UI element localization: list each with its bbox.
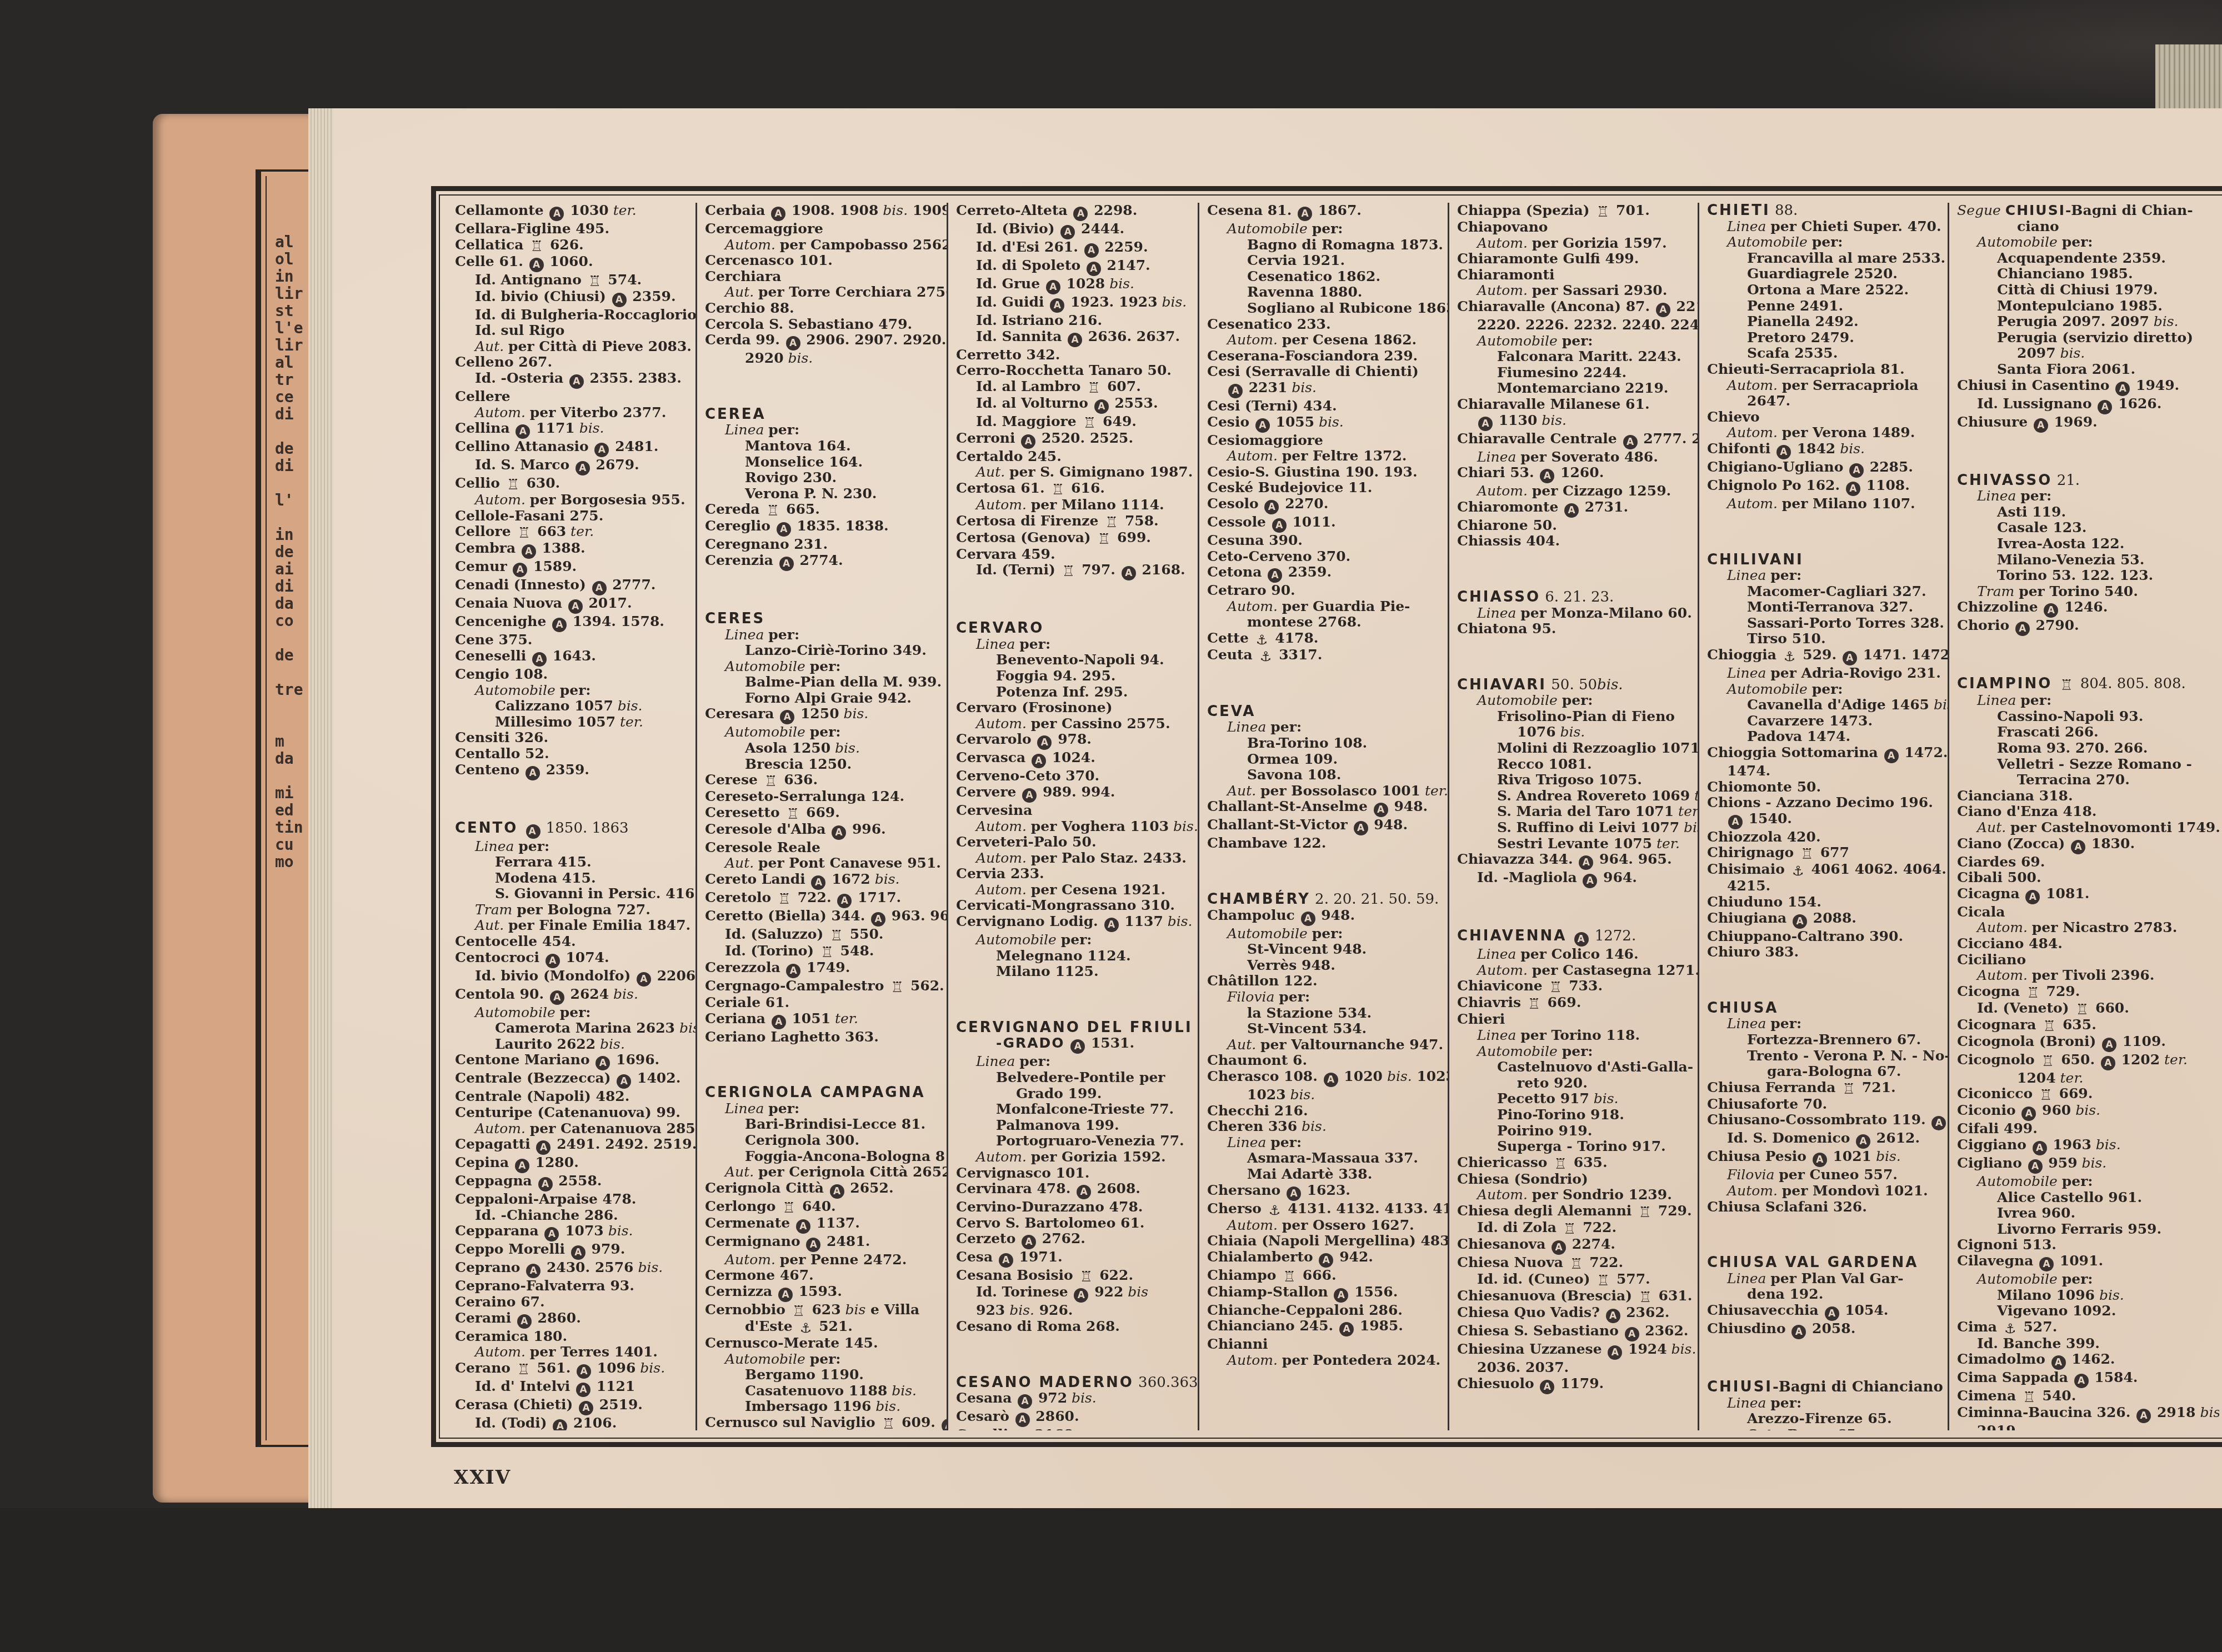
index-entry: Tirso 510. [1707, 631, 1941, 647]
index-entry: Calizzano 1057 bis. [455, 698, 689, 714]
index-entry: Cervo S. Bartolomeo 61. [956, 1215, 1191, 1232]
station-heading: CHIASSO 6. 21. 23. [1457, 589, 1691, 605]
index-entry: Ceprano A 2430. 2576 bis. [455, 1260, 689, 1278]
index-entry: Chiatona 95. [1457, 621, 1691, 637]
index-entry: Cervia 1921. [1207, 253, 1441, 269]
index-entry: Automobile per: [455, 683, 689, 699]
bus-icon: A [1094, 399, 1109, 414]
index-entry: Cima Sappada A 1584. [1957, 1370, 2213, 1388]
station-heading: CERES [705, 611, 940, 627]
index-entry: Asmara-Massaua 337. [1207, 1150, 1441, 1167]
bus-icon: A [837, 894, 852, 908]
index-entry: Id. -Chianche 286. [455, 1208, 689, 1224]
index-entry: Perugia 2097. 2097 bis. [1957, 314, 2213, 330]
index-entry: Cetraro 90. [1207, 583, 1441, 599]
bus-icon: A [1301, 912, 1315, 926]
index-entry: Aut. per Finale Emilia 1847. [455, 918, 689, 934]
index-entry: Cellamonte A 1030 ter. [455, 203, 689, 221]
index-entry: Chiarone 50. [1457, 518, 1691, 534]
bus-icon: A [1272, 518, 1287, 533]
index-entry: Linea per: [1207, 719, 1441, 735]
index-column-7: Segue CHIUSI-Bagni di Chian-cianoAutomob… [1949, 203, 2219, 1430]
tramway-icon: ♖ [792, 1304, 806, 1319]
index-page: Cellamonte A 1030 ter.Cellara-Figline 49… [333, 108, 2222, 1508]
index-entry: Chiesuolo A 1179. [1457, 1376, 1691, 1394]
tramway-icon: ♖ [785, 807, 800, 822]
bus-icon: A [595, 1056, 610, 1070]
index-entry: Chiaravalle Centrale A 2777. 2788. [1457, 431, 1691, 449]
index-entry: Città di Chiusi 1979. [1957, 282, 2213, 298]
bus-icon: A [1122, 566, 1136, 580]
bus-icon: A [1022, 788, 1037, 803]
index-entry: Torino 53. 122. 123. [1957, 568, 2213, 584]
index-entry: Sassari-Porto Torres 328. [1707, 615, 1941, 632]
index-entry: Checchi 216. [1207, 1103, 1441, 1119]
index-entry: Falconara Maritt. 2243. [1457, 349, 1691, 365]
tramway-icon: ♖ [2075, 1003, 2089, 1017]
index-entry: Chiusa Sclafani 326. [1707, 1199, 1941, 1215]
section-gap [1457, 549, 1691, 576]
bus-icon: A [1825, 1306, 1839, 1321]
index-entry: Velletri - Sezze Romano - [1957, 757, 2213, 773]
index-entry: Autom. per Catenanuova 2857 [455, 1121, 689, 1137]
bus-icon: A [1334, 1288, 1348, 1303]
bus-icon: A [1104, 918, 1119, 932]
bus-icon: A [1884, 749, 1899, 763]
bus-icon: A [1073, 207, 1088, 221]
bus-icon: A [575, 461, 590, 475]
bus-icon: A [1032, 754, 1046, 768]
tramway-icon: ♖ [777, 892, 792, 907]
index-entry: Automobile per: [455, 1005, 689, 1021]
station-heading: CIAMPINO ♖ 804. 805. 808. [1957, 676, 2213, 693]
index-entry: Monfalcone-Trieste 77. [956, 1102, 1191, 1118]
index-entry: Chiappa (Spezia) ♖ 701. [1457, 203, 1691, 219]
index-entry: Linea per: [956, 637, 1191, 653]
index-entry: gara-Bologna 67. [1707, 1064, 1941, 1080]
index-entry: Cavarzere 1473. [1707, 713, 1941, 729]
bus-icon: A [1084, 243, 1099, 258]
index-entry: Cernusco sul Naviglio ♖ 609. A 1122 [705, 1415, 940, 1430]
index-entry: Fiumesino 2244. [1457, 365, 1691, 381]
index-entry: Autom. per Viterbo 2377. [455, 405, 689, 421]
index-entry: Guardiagrele 2520. [1707, 266, 1941, 282]
index-entry: Cessole A 1011. [1207, 514, 1441, 533]
bus-icon: A [546, 954, 560, 968]
index-entry: Ciggiano A 1963 bis. [1957, 1137, 2213, 1155]
index-entry: 1474. [1707, 763, 1941, 779]
index-entry: Chiomonte 50. [1707, 779, 1941, 795]
index-entry: Milano 1096 bis. [1957, 1288, 2213, 1304]
index-entry: Id. Grue A 1028 bis. [956, 276, 1191, 294]
tramway-icon: ♖ [1050, 483, 1065, 497]
index-entry: Cesiomaggiore [1207, 433, 1441, 449]
index-entry: Tram per Bologna 727. [455, 902, 689, 918]
tramway-icon: ♖ [782, 1201, 796, 1215]
index-entry: Pino-Torino 918. [1457, 1107, 1691, 1123]
station-heading: CERVIGNANO DEL FRIULI [956, 1020, 1191, 1036]
section-gap [1707, 512, 1941, 539]
bus-icon: A [1228, 384, 1243, 398]
tramway-icon: ♖ [1596, 1274, 1610, 1288]
index-entry: Id. Banche 399. [1957, 1336, 2213, 1352]
index-entry: Automobile per: [1457, 1044, 1691, 1060]
index-entry: Chiavicone ♖ 733. [1457, 978, 1691, 995]
index-entry: Linea per: [705, 422, 940, 438]
index-entry: Belvedere-Pontile per [956, 1070, 1191, 1086]
index-entry: Chieri [1457, 1012, 1691, 1028]
index-entry: Chiapovano [1457, 219, 1691, 236]
index-entry: Chiamp-Stallon A 1556. [1207, 1284, 1441, 1303]
index-entry: Cellole-Fasani 275. [455, 508, 689, 524]
index-entry: Cibali 500. [1957, 870, 2213, 886]
index-entry: Bra-Torino 108. [1207, 735, 1441, 752]
index-entry: Cetona A 2359. [1207, 564, 1441, 583]
index-column-3: Cerreto-Alteta A 2298.Id. (Bivio) A 2444… [948, 203, 1199, 1430]
index-entry: 923 bis. 926. [956, 1303, 1191, 1319]
station-heading: CEREA [705, 407, 940, 423]
index-entry: Ferrara 415. [455, 854, 689, 870]
index-entry: Ciciliano [1957, 952, 2213, 968]
index-entry: Sestri Levante 1075 ter. [1457, 836, 1691, 852]
index-entry: Cesa A 1971. [956, 1249, 1191, 1268]
index-entry: Chianni [1207, 1336, 1441, 1353]
index-entry: Cellatica ♖ 626. [455, 237, 689, 254]
index-entry: Ciconicco ♖ 669. [1957, 1086, 2213, 1103]
index-entry: Id. (Saluzzo) ♖ 550. [705, 927, 940, 943]
index-entry: Certosa di Firenze ♖ 758. [956, 513, 1191, 530]
index-entry: S. Ruffino di Leivi 1077 bis. [1457, 820, 1691, 836]
tramway-icon: ♖ [1087, 381, 1101, 396]
ship-icon: ⚓ [1783, 649, 1797, 664]
index-entry: Chisimaio ⚓ 4061 4062. 4064. [1707, 862, 1941, 878]
bus-icon: A [617, 1074, 631, 1089]
station-heading: CERVARO [956, 620, 1191, 637]
index-entry: Chiaromonte A 2731. [1457, 499, 1691, 518]
index-entry: Mantova 164. [705, 438, 940, 454]
index-entry: Autom. per Verona 1489. [1707, 425, 1941, 441]
index-entry: Cerezzola A 1749. [705, 960, 940, 978]
index-entry: Id. (Bivio) A 2444. [956, 221, 1191, 239]
index-entry: Linea per: [1707, 1016, 1941, 1032]
index-column-4: Cesena 81. A 1867.Automobile per:Bagno d… [1199, 203, 1449, 1430]
section-gap [455, 780, 689, 807]
index-entry: Champoluc A 948. [1207, 908, 1441, 926]
index-entry: S. Giovanni in Persic. 416. [455, 886, 689, 902]
ship-icon: ⚓ [798, 1321, 813, 1335]
bus-icon: A [552, 618, 567, 632]
index-entry: Ceregnano 231. [705, 537, 940, 553]
index-entry: Linea per: [705, 627, 940, 643]
bus-icon: A [830, 1184, 844, 1199]
index-entry: d'Este ⚓ 521. [705, 1319, 940, 1335]
index-entry: Centallo 52. [455, 746, 689, 762]
index-entry: Ceserana-Fosciandora 239. [1207, 348, 1441, 364]
index-entry: Automobile per: [1207, 926, 1441, 942]
index-entry: Chaumont 6. [1207, 1053, 1441, 1069]
index-entry: Ortona a Mare 2522. [1707, 282, 1941, 298]
index-entry: Recco 1081. [1457, 757, 1691, 773]
index-entry: Id. bivio (Chiusi) A 2359. [455, 289, 689, 307]
index-entry: Cerbaia A 1908. 1908 bis. 1909. [705, 203, 940, 221]
index-entry: Cherasco 108. A 1020 bis. 1023. [1207, 1069, 1441, 1087]
index-entry: Scafa 2535. [1707, 346, 1941, 362]
index-entry: Chiesina Uzzanese A 1924 bis. [1457, 1341, 1691, 1360]
index-entry: Centrale (Napoli) 482. [455, 1089, 689, 1105]
bus-icon: A [594, 443, 609, 457]
tramway-icon: ♖ [1569, 1257, 1584, 1271]
index-entry: Chiaravalle Milanese 61. [1457, 397, 1691, 413]
index-entry: Cervesina [956, 803, 1191, 819]
section-gap [1207, 664, 1441, 690]
index-entry: Pianella 2492. [1707, 314, 1941, 330]
index-entry: Ceppo Morelli A 979. [455, 1241, 689, 1260]
index-entry: la Stazione 534. [1207, 1005, 1441, 1022]
bus-icon: A [1087, 262, 1101, 276]
index-entry: Cherso ⚓ 4131. 4132. 4133. 4136. [1207, 1201, 1441, 1218]
index-entry: Chiesa S. Sebastiano A 2362. [1457, 1323, 1691, 1341]
index-entry: Aut. per Bossolasco 1001 ter. [1207, 783, 1441, 799]
index-entry: Centuripe (Catenanuova) 99. [455, 1105, 689, 1121]
index-entry: Cercola S. Sebastiano 479. [705, 317, 940, 333]
index-entry: Autom. per Guardia Pie- [1207, 599, 1441, 615]
index-entry: Centone Mariano A 1696. [455, 1052, 689, 1070]
index-entry: Autom. per Castasegna 1271. [1457, 963, 1691, 979]
index-entry: Cemur A 1589. [455, 559, 689, 577]
index-entry: Chiaramonti [1457, 267, 1691, 283]
station-heading: CHAMBÉRY 2. 20. 21. 50. 59. [1207, 892, 1441, 908]
index-entry: Rovigo 230. [705, 470, 940, 486]
station-heading: CEVA [1207, 704, 1441, 720]
section-gap [705, 367, 940, 393]
bus-icon: A [1319, 1253, 1333, 1268]
index-entry: Aut. per Torre Cerchiara 2756. [705, 284, 940, 301]
index-entry: Cicala [1957, 904, 2213, 920]
index-entry: Cicogna ♖ 729. [1957, 984, 2213, 1000]
index-entry: Automobile per: [1457, 693, 1691, 709]
index-entry: Chianciano 1985. [1957, 266, 2213, 282]
index-entry: Aut. per Castelnovomonti 1749. [1957, 820, 2213, 836]
index-entry: Chersano A 1623. [1207, 1183, 1441, 1201]
index-entry: Autom. per Nicastro 2783. [1957, 920, 2213, 936]
index-entry: Pecetto 917 bis. [1457, 1091, 1691, 1107]
index-entry: Automobile per: [705, 659, 940, 675]
index-entry: Autom. per Tivoli 2396. [1957, 968, 2213, 984]
bus-icon: A [516, 424, 530, 439]
index-entry: Chiavris ♖ 669. [1457, 995, 1691, 1012]
index-entry: Autom. per Cassino 2575. [956, 716, 1191, 732]
index-entry: Id. d'Esi 261. A 2259. [956, 239, 1191, 258]
index-entry: Ciardes 69. [1957, 854, 2213, 870]
index-entry: Id. Antignano ♖ 574. [455, 272, 689, 289]
section-gap [705, 571, 940, 598]
index-entry: 2220. 2226. 2232. 2240. 2242. 2271 [1457, 317, 1691, 333]
index-entry: Cette ⚓ 4178. [1207, 630, 1441, 647]
index-entry: Cellio ♖ 630. [455, 475, 689, 492]
station-heading: CHIUSA VAL GARDENA [1707, 1255, 1941, 1271]
index-entry: Savona 108. [1207, 767, 1441, 783]
tramway-icon: ♖ [2060, 678, 2074, 693]
index-entry: Aut. per Città di Pieve 2083. [455, 339, 689, 355]
index-entry: Cercemaggiore [705, 221, 940, 237]
index-entry: Segue CHIUSI-Bagni di Chian- [1957, 203, 2213, 219]
index-entry: Autom. per Sassari 2930. [1457, 283, 1691, 299]
bus-icon: A [772, 1015, 786, 1029]
bus-icon: A [579, 1401, 593, 1415]
index-entry: Linea per: [1957, 488, 2213, 504]
bus-icon: A [532, 652, 547, 667]
index-entry: Terracina 270. [1957, 772, 2213, 788]
index-entry: Asola 1250 bis. [705, 740, 940, 757]
tramway-icon: ♖ [517, 1363, 531, 1377]
index-entry: Automobile per: [1707, 234, 1941, 251]
bus-icon: A [1579, 855, 1593, 870]
index-entry: Milano-Venezia 53. [1957, 552, 2213, 568]
index-entry: Vigevano 1092. [1957, 1303, 2213, 1319]
ship-icon: ⚓ [1791, 864, 1805, 878]
bus-icon: A [786, 964, 800, 978]
backdrop-bottom [0, 1508, 2222, 1652]
index-entry: Lanzo-Ciriè-Torino 349. [705, 643, 940, 659]
tramway-icon: ♖ [1638, 1205, 1652, 1220]
index-entry: Autom. per Cesena 1921. [956, 882, 1191, 898]
index-entry: Cerignola Città A 2652. [705, 1180, 940, 1199]
index-entry: Cerreto-Alteta A 2298. [956, 203, 1191, 221]
index-entry: Autom. per Penne 2472. [705, 1252, 940, 1268]
index-entry: Ceraino 67. [455, 1294, 689, 1310]
index-entry: Cene 375. [455, 632, 689, 648]
index-entry: Ivrea 960. [1957, 1205, 2213, 1222]
index-entry: Benevento-Napoli 94. [956, 652, 1191, 668]
index-entry: Cerveno-Ceto 370. [956, 768, 1191, 784]
bus-icon: A [2071, 840, 2085, 854]
bus-icon: A [1264, 500, 1279, 514]
index-entry: Chizzoline A 1246. [1957, 599, 2213, 618]
tramway-icon: ♖ [1553, 1157, 1568, 1172]
index-entry: Id. (Todi) A 2106. [455, 1415, 689, 1430]
station-heading: CHIETI 88. [1707, 203, 1941, 219]
index-entry: Balme-Pian della M. 939. [705, 674, 940, 690]
index-entry: A 1540. [1707, 811, 1941, 829]
index-entry: Foggia-Ancona-Bologna 81 [705, 1149, 940, 1165]
tramway-icon: ♖ [1097, 532, 1111, 547]
index-entry: Chiuduno 154. [1707, 894, 1941, 910]
index-entry: Automobile per: [956, 932, 1191, 948]
index-entry: Chiesa Quo Vadis? A 2362. [1457, 1305, 1691, 1323]
index-entry: Mai Adartè 338. [1207, 1167, 1441, 1183]
index-entry: Cheren 336 bis. [1207, 1119, 1441, 1135]
index-entry: Cernusco-Merate 145. [705, 1335, 940, 1351]
index-entry: Id. Lussignano A 1626. [1957, 396, 2213, 414]
index-entry: Cerlongo ♖ 640. [705, 1199, 940, 1215]
index-entry: Linea per: [1707, 1395, 1941, 1411]
index-entry: Chiesa degli Alemanni ♖ 729. [1457, 1203, 1691, 1220]
bus-icon: A [553, 1419, 567, 1430]
index-entry: Autom. per Milano 1114. [956, 497, 1191, 513]
index-entry: Challant-St-Anselme A 948. [1207, 799, 1441, 817]
index-entry: Linea per Soverato 486. [1457, 449, 1691, 465]
bus-icon: A [526, 766, 540, 780]
bus-icon: A [786, 336, 800, 351]
index-entry: Ceneselli A 1643. [455, 648, 689, 667]
index-entry: Cesano di Roma 268. [956, 1319, 1191, 1335]
index-entry: Cerda 99. A 2906. 2907. 2920. [705, 332, 940, 351]
bus-icon: A [549, 207, 564, 221]
index-entry: Chigiano-Ugliano A 2285. [1707, 459, 1941, 478]
index-entry: Centrale (Bezzecca) A 1402. [455, 1070, 689, 1089]
bus-icon: A [1339, 1322, 1354, 1336]
index-entry: Chiesanova A 2274. [1457, 1237, 1691, 1255]
index-entry: Ceuta ⚓ 3317. [1207, 647, 1441, 664]
index-entry: Chiavazza 344. A 964. 965. [1457, 852, 1691, 870]
index-entry: Modena 415. [455, 870, 689, 887]
index-entry: Bari-Brindisi-Lecce 81. [705, 1117, 940, 1133]
index-entry: Chifonti A 1842 bis. [1707, 441, 1941, 459]
index-entry: Castelnuovo d'Asti-Galla- [1457, 1059, 1691, 1075]
index-entry: Chiuppano-Caltrano 390. [1707, 929, 1941, 945]
tramway-icon: ♖ [529, 239, 544, 254]
station-heading: CHIAVENNA A 1272. [1457, 928, 1691, 947]
index-entry: Ceresole d'Alba A 996. [705, 822, 940, 840]
index-entry: Cerami A 2860. [455, 1310, 689, 1329]
index-entry: Chievo [1707, 409, 1941, 425]
tramway-icon: ♖ [2042, 1019, 2056, 1034]
bus-icon: A [577, 1364, 591, 1379]
index-entry: Autom. per Voghera 1103 bis. [956, 819, 1191, 835]
bus-icon: A [942, 1419, 948, 1430]
tramway-icon: ♖ [2026, 986, 2040, 1000]
bus-icon: A [796, 1219, 810, 1234]
index-entry: 2647. [1707, 393, 1941, 409]
index-entry: Cervinara 478. A 2608. [956, 1181, 1191, 1199]
index-entry: Chiusa Ferranda ♖ 721. [1707, 1080, 1941, 1097]
bus-icon: A [1583, 874, 1597, 888]
tramway-icon: ♖ [2041, 1054, 2055, 1069]
index-entry: Autom. per Ossero 1627. [1207, 1218, 1441, 1234]
index-entry: Ceriana A 1051 ter. [705, 1011, 940, 1029]
index-entry: Chiesanuova (Brescia) ♖ 631. [1457, 1288, 1691, 1305]
index-entry: Chiaravalle (Ancona) 87. A 2216 [1457, 299, 1691, 317]
bus-icon: A [1606, 1309, 1620, 1323]
bus-icon: A [1843, 651, 1857, 665]
bus-icon: A [2098, 400, 2112, 414]
tramway-icon: ♖ [1549, 980, 1563, 995]
index-entry: Chiusi in Casentino A 1949. [1957, 378, 2213, 396]
index-entry: Cerroni A 2520. 2525. [956, 430, 1191, 449]
index-entry: Id. al Volturno A 2553. [956, 396, 1191, 414]
index-entry: Chiericasso ♖ 635. [1457, 1155, 1691, 1172]
tramway-icon: ♖ [588, 274, 602, 289]
index-entry: Id. bivio (Mondolfo) A 2206 [455, 968, 689, 987]
index-entry: -GRADO A 1531. [956, 1035, 1191, 1054]
section-gap [956, 580, 1191, 607]
index-entry: 2036. 2037. [1457, 1360, 1691, 1376]
index-entry: Ceriale 61. [705, 995, 940, 1011]
index-entry: Aut. per Valtournanche 947. [1207, 1037, 1441, 1053]
bus-icon: A [1354, 821, 1368, 835]
bus-icon: A [1268, 568, 1282, 583]
index-entry: Santa Fiora 2061. [1957, 362, 2213, 378]
index-entry: Cellina A 1171 bis. [455, 420, 689, 439]
index-entry: Linea per: [705, 1101, 940, 1117]
index-entry: Cifali 499. [1957, 1121, 2213, 1137]
bus-icon: A [1255, 418, 1270, 433]
index-entry: Chorio A 2790. [1957, 618, 2213, 636]
section-gap [956, 980, 1191, 1007]
index-entry: Id. al Lambro ♖ 607. [956, 379, 1191, 396]
bus-icon: A [2039, 1257, 2054, 1271]
bus-icon: A [2025, 890, 2040, 904]
